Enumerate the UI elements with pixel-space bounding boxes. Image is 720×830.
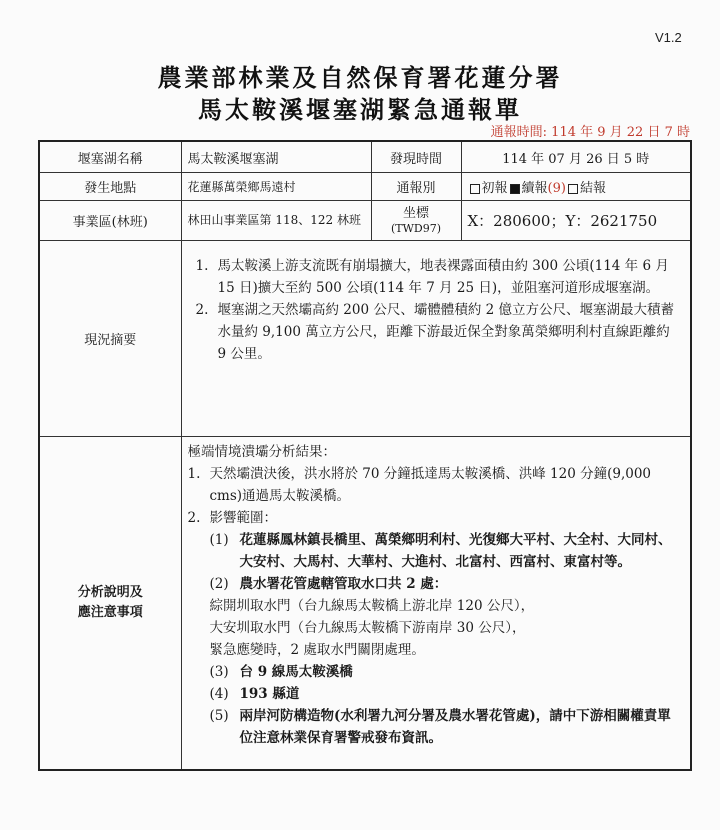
- report-form-table: 堰塞湖名稱 馬太鞍溪堰塞湖 發現時間 114 年 07 月 26 日 5 時 發…: [38, 140, 692, 771]
- report-time: 通報時間: 114 年 9 月 22 日 7 時: [491, 121, 690, 140]
- checkbox-final[interactable]: [568, 184, 578, 194]
- impact-item: (5) 兩岸河防構造物(水利署九河分署及農水署花管處)，請中下游相關權責單位注意…: [188, 705, 677, 749]
- discovery-time-value: 114 年 07 月 26 日 5 時: [461, 141, 691, 173]
- report-type-label: 通報別: [371, 173, 461, 201]
- analysis-content: 極端情境潰壩分析結果： 1. 天然壩潰決後，洪水將於 70 分鐘抵達馬太鞍溪橋、…: [181, 437, 691, 771]
- final-report-label: 結報: [580, 181, 606, 196]
- intake-line: 緊急應變時，2 處取水門關閉處理。: [188, 639, 677, 661]
- coord-label: 坐標: [378, 206, 455, 221]
- impact-item: (4) 193 縣道: [188, 683, 677, 705]
- coordinates-value: X：280600；Y：2621750: [461, 201, 691, 241]
- location-label: 發生地點: [39, 173, 181, 201]
- report-type-value: 初報續報(9)結報: [461, 173, 691, 201]
- analysis-item: 2. 影響範圍：: [188, 507, 677, 529]
- location-value: 花蓮縣萬榮鄉馬遠村: [181, 173, 371, 201]
- followup-number: (9): [548, 181, 566, 196]
- intake-line: 大安圳取水門（台九線馬太鞍橋下游南岸 30 公尺），: [188, 617, 677, 639]
- form-title: 馬太鞍溪堰塞湖緊急通報單: [0, 90, 720, 125]
- impact-item: (3) 台 9 線馬太鞍溪橋: [188, 661, 677, 683]
- coord-label-cell: 坐標 (TWD97): [371, 201, 461, 241]
- lake-name-label: 堰塞湖名稱: [39, 141, 181, 173]
- row-lake-name: 堰塞湖名稱 馬太鞍溪堰塞湖 發現時間 114 年 07 月 26 日 5 時: [39, 141, 691, 173]
- analysis-item: 1. 天然壩潰決後，洪水將於 70 分鐘抵達馬太鞍溪橋、洪峰 120 分鐘(9,…: [188, 463, 677, 507]
- row-analysis: 分析說明及 應注意事項 極端情境潰壩分析結果： 1. 天然壩潰決後，洪水將於 7…: [39, 437, 691, 771]
- summary-item: 1. 馬太鞍溪上游支流既有崩塌擴大，地表裸露面積由約 300 公頃(114 年 …: [196, 255, 677, 299]
- row-summary: 現況摘要 1. 馬太鞍溪上游支流既有崩塌擴大，地表裸露面積由約 300 公頃(1…: [39, 241, 691, 437]
- district-label: 事業區(林班): [39, 201, 181, 241]
- analysis-heading: 極端情境潰壩分析結果：: [188, 441, 677, 463]
- initial-report-label: 初報: [482, 181, 508, 196]
- discovery-time-label: 發現時間: [371, 141, 461, 173]
- coord-system: (TWD97): [378, 221, 455, 236]
- summary-content: 1. 馬太鞍溪上游支流既有崩塌擴大，地表裸露面積由約 300 公頃(114 年 …: [181, 241, 691, 437]
- row-location: 發生地點 花蓮縣萬榮鄉馬遠村 通報別 初報續報(9)結報: [39, 173, 691, 201]
- intake-line: 綜開圳取水門（台九線馬太鞍橋上游北岸 120 公尺），: [188, 595, 677, 617]
- impact-item: (2) 農水署花管處轄管取水口共 2 處：: [188, 573, 677, 595]
- lake-name-value: 馬太鞍溪堰塞湖: [181, 141, 371, 173]
- followup-report-label: 續報: [522, 181, 548, 196]
- district-value: 林田山事業區第 118、122 林班: [181, 201, 371, 241]
- version-label: V1.2: [655, 30, 682, 45]
- summary-label: 現況摘要: [39, 241, 181, 437]
- agency-title: 農業部林業及自然保育署花蓮分署: [0, 58, 720, 93]
- checkbox-followup[interactable]: [510, 184, 520, 194]
- impact-item: (1) 花蓮縣鳳林鎮長橋里、萬榮鄉明利村、光復鄉大平村、大全村、大同村、大安村、…: [188, 529, 677, 573]
- analysis-label: 分析說明及 應注意事項: [39, 437, 181, 771]
- checkbox-initial[interactable]: [470, 184, 480, 194]
- summary-item: 2. 堰塞湖之天然壩高約 200 公尺、壩體體積約 2 億立方公尺、堰塞湖最大積…: [196, 299, 677, 365]
- row-district: 事業區(林班) 林田山事業區第 118、122 林班 坐標 (TWD97) X：…: [39, 201, 691, 241]
